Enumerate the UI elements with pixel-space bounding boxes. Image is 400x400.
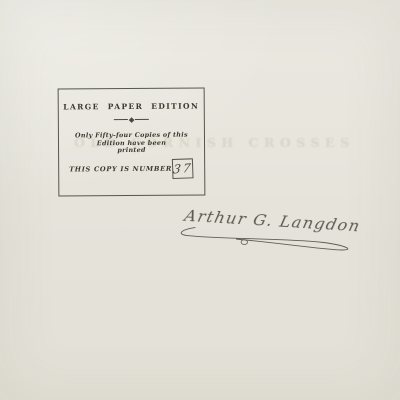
copy-number-box: 37 [172, 158, 194, 179]
copy-number-label: THIS COPY IS NUMBER [69, 165, 172, 174]
limitation-statement: Only Fifty-four Copies of this Edition h… [65, 132, 198, 156]
copy-number-row: THIS COPY IS NUMBER 37 [69, 159, 192, 180]
limitation-statement-line1: Only Fifty-four Copies of this Edition h… [75, 131, 188, 147]
limitation-notice-box: LARGE PAPER EDITION Only Fifty-four Copi… [58, 87, 206, 196]
limitation-statement-line2: printed [117, 146, 146, 154]
ornament-rule-left [114, 119, 128, 120]
author-signature: Arthur G. Langdon [174, 205, 361, 256]
edition-title: LARGE PAPER EDITION [59, 101, 204, 111]
diamond-icon [129, 117, 134, 122]
divider-ornament [59, 117, 204, 122]
handwritten-copy-number: 37 [172, 161, 193, 177]
book-page: OLD CORNISH CROSSES LARGE PAPER EDITION … [0, 0, 400, 400]
ornament-rule-right [135, 119, 149, 120]
